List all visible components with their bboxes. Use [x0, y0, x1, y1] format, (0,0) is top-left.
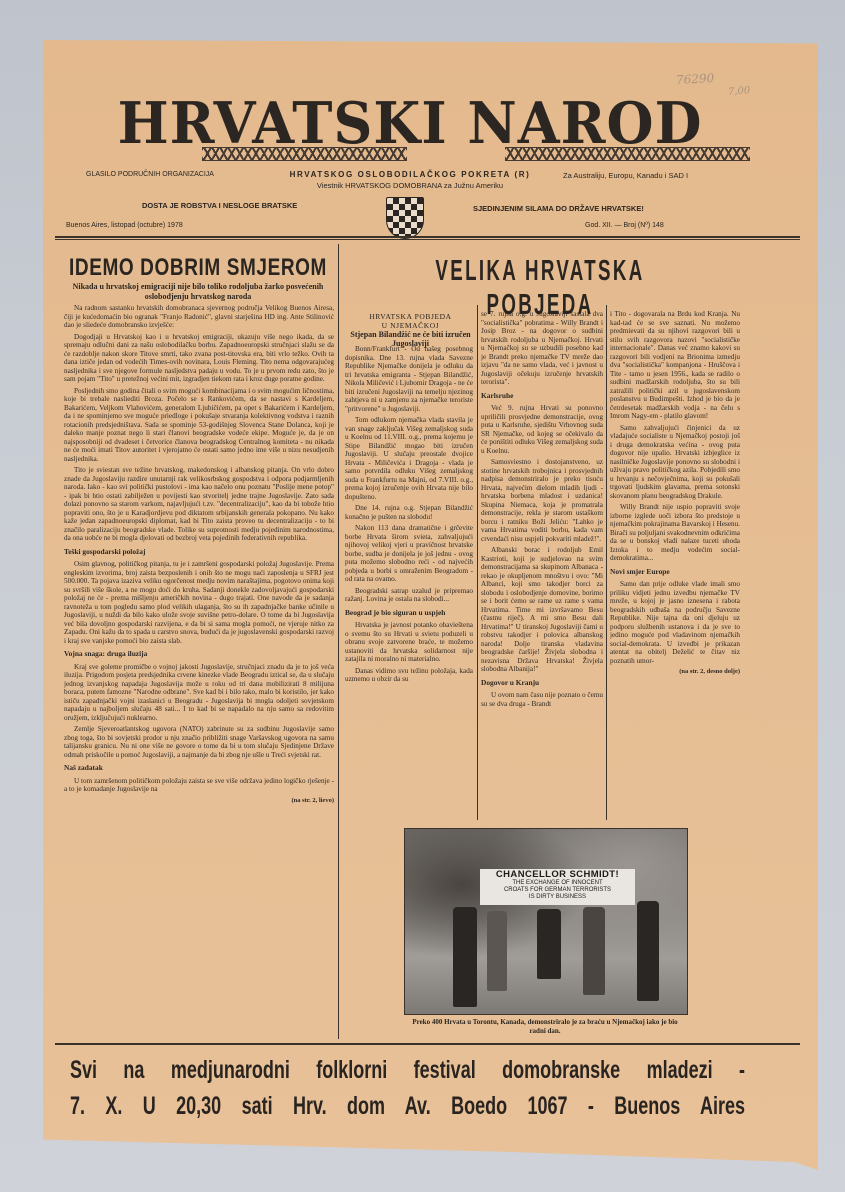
sign-text: THE EXCHANGE OF INNOCENT: [480, 880, 635, 887]
paragraph: Kraj sve goleme promičbe o vojnoj jakost…: [64, 663, 334, 723]
organization-subtitle: Viestnik HRVATSKOG DOMOBRANA za Južnu Am…: [265, 181, 555, 190]
section-heading: Naš zadatak: [64, 764, 334, 773]
banner-line: Svi na medjunarodni folklorni festival d…: [70, 1053, 745, 1089]
paragraph: Hrvatska je javnost potanko obavieštena …: [345, 621, 473, 664]
divider: [55, 1043, 800, 1045]
paragraph: U tom zamršenom političkom položaju zais…: [64, 777, 334, 794]
handwritten-number: 76290: [676, 71, 715, 87]
masthead: HRVATSKI NAROD: [65, 92, 765, 167]
sign-text: IS DIRTY BUSINESS: [480, 894, 635, 901]
kicker: U NJEMAČKOJ: [343, 321, 478, 330]
demonstration-photo: CHANCELLOR SCHMIDT! THE EXCHANGE OF INNO…: [404, 828, 688, 1015]
banner-line: 7. X. U 20,30 sati Hrv. dom Av. Boedo 10…: [70, 1089, 745, 1125]
paragraph: Nakon 113 dana dramatične i grčevite bor…: [345, 524, 473, 584]
paragraph: Dogodjaji u Hrvatskoj kao i u hrvatskoj …: [64, 333, 334, 384]
paragraph: Osim glavnog, političkog pitanja, tu je …: [64, 560, 334, 645]
column-divider: [338, 244, 339, 1039]
kicker: HRVATSKA POBJEDA: [343, 312, 478, 321]
left-article-body: Na radnom sastanku hrvatskih domobranaca…: [64, 304, 334, 1039]
section-heading: Dogovor u Kranju: [481, 679, 603, 688]
paragraph: Willy Brandt nije uspio popraviti svoje …: [610, 503, 740, 563]
photo-caption: Preko 400 Hrvata u Torontu, Kanada, demo…: [404, 1018, 686, 1036]
paragraph: Samosviestno i dostojanstveno, uz stotin…: [481, 458, 603, 543]
person-figure: [537, 909, 561, 979]
publisher-line: GLASILO PODRUČNIH ORGANIZACIJA: [86, 171, 214, 178]
paragraph: Na radnom sastanku hrvatskih domobranaca…: [64, 304, 334, 330]
paragraph: Tom odlukom njemačka vlada stavila je va…: [345, 416, 473, 501]
section-heading: Beograd je bio siguran u uspjeh: [345, 609, 473, 618]
braid-ornament-icon: [202, 147, 407, 161]
paragraph: U ovom nam času nije poznato o čemu su s…: [481, 691, 603, 708]
left-article-headline: IDEMO DOBRIM SMJEROM: [63, 255, 333, 283]
paragraph: Albanski borac i rodoljub Emil Kastrioti…: [481, 546, 603, 674]
organization-name: HRVATSKOG OSLOBODILAČKOG POKRETA (R): [265, 170, 555, 179]
paragraph: Beogradski satrap uzalud je pripremao ra…: [345, 587, 473, 604]
newspaper-title: HRVATSKI NAROD: [65, 90, 755, 155]
paragraph: Samo zahvaljujući činjenici da uz vladaj…: [610, 424, 740, 501]
person-figure: [453, 907, 477, 1007]
person-figure: [487, 911, 507, 991]
motto-left: DOSTA JE ROBSTVA I NESLOGE BRATSKE: [142, 201, 297, 210]
section-heading: Karlsruhe: [481, 392, 603, 401]
checkerboard-shield-icon: [386, 197, 424, 239]
divider: [55, 239, 800, 240]
section-heading: Teški gospodarski položaj: [64, 548, 334, 557]
paragraph: se 7. rujna o.g. u Jugoslaviji sastala d…: [481, 310, 603, 387]
main-article-column-1: Bonn/Frankfurt - Od našeg posebnog dopis…: [345, 345, 473, 823]
continued-note: (na str. 2, desno dolje): [610, 668, 740, 677]
braid-ornament-icon: [505, 147, 750, 161]
section-heading: Vojna snaga: druga iluzija: [64, 650, 334, 659]
column-divider: [477, 305, 478, 820]
divider: [55, 236, 800, 238]
column-divider: [606, 305, 607, 820]
issue-number: God. XII. — Broj (Nº) 148: [585, 222, 664, 229]
left-article-deck: Nikada u hrvatskoj emigraciji nije bilo …: [63, 282, 333, 301]
paragraph: Dne 14. rujna o.g. Stjepan Bilandžić kon…: [345, 504, 473, 521]
sign-text: CROATS FOR GERMAN TERRORISTS: [480, 887, 635, 894]
paragraph: i Tito - dogovarala na Brdu kod Kranja. …: [610, 310, 740, 421]
paragraph: Posljednih smo godina čitali o svim mogu…: [64, 387, 334, 464]
person-figure: [583, 907, 605, 995]
paragraph: Samo dan prije odluke vlade imali smo pr…: [610, 580, 740, 665]
distribution-line: Za Australiju, Europu, Kanadu i SAD I: [563, 171, 688, 180]
paragraph: Već 9. rujna Hrvati su ponovno upriličil…: [481, 404, 603, 455]
dateline: Buenos Aires, listopad (octubre) 1978: [66, 222, 183, 229]
main-subheadline: HRVATSKA POBJEDA U NJEMAČKOJ Stjepan Bil…: [343, 312, 478, 348]
paragraph: Tito je sviestan sve težine hrvatskog, m…: [64, 466, 334, 543]
paragraph: Danas vidimo svu težinu položaja, kada u…: [345, 667, 473, 684]
continued-note: (na str. 2, lievo): [64, 797, 334, 806]
motto-right: SJEDINJENIM SILAMA DO DRŽAVE HRVATSKE!: [473, 204, 644, 213]
section-heading: Novi smjer Europe: [610, 568, 740, 577]
event-banner: Svi na medjunarodni folklorni festival d…: [70, 1053, 745, 1124]
paragraph: Zemlje Sjeveroatlantskog ugovora (NATO) …: [64, 725, 334, 759]
main-article-column-2: se 7. rujna o.g. u Jugoslaviji sastala d…: [481, 310, 603, 823]
protest-sign: CHANCELLOR SCHMIDT! THE EXCHANGE OF INNO…: [480, 869, 635, 905]
sign-text: CHANCELLOR SCHMIDT!: [480, 869, 635, 880]
person-figure: [637, 901, 659, 1001]
main-article-column-3: i Tito - dogovarala na Brdu kod Kranja. …: [610, 310, 740, 823]
paragraph: Bonn/Frankfurt - Od našeg posebnog dopis…: [345, 345, 473, 413]
